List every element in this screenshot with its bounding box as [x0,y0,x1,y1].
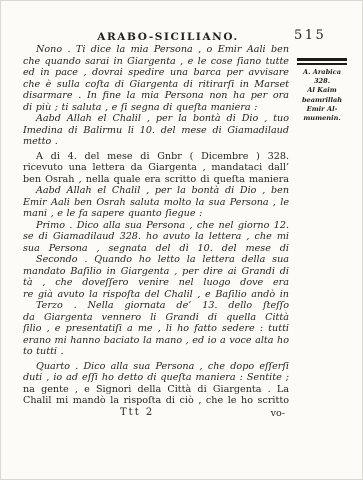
margin-note-line: beamrillah [290,96,354,105]
text-line: Emir Aali ben Osrah saluta molto la sua … [23,197,289,209]
text-line: Secondo . Quando ho letto la lettera del… [23,254,289,266]
paragraph: na gente , e Signori della Città di Giar… [23,384,289,407]
running-title: ARABO-SICILIANO. [59,31,277,43]
page-footer: Ttt 2 vo- [23,407,289,423]
text-line: Nono . Ti dice la mia Persona , o Emir A… [23,44,289,56]
signature-mark: Ttt 2 [120,407,154,418]
text-line: che quando sarai in Giargenta , e le cos… [23,56,289,68]
margin-note-line: Emir Al- [290,105,354,114]
paragraph: Aabd Allah el Chalil , per la bontà di D… [23,185,289,220]
text-line: tà , che doveſſero venire nel luogo dove… [23,277,289,289]
text-line: ben Osrah , nella quale era scritto di q… [23,174,289,186]
text-line: mandato Baſilio in Giargenta , per dire … [23,266,289,278]
catchword: vo- [271,408,285,419]
text-line: sua Persona , segnata del dì 10. del mes… [23,243,289,255]
text-line: erano mi hanno baciato la mano , ed io a… [23,335,289,347]
paragraph: A di 4. del mese di Gnbr ( Dicembre ) 32… [23,151,289,186]
text-line: re già avuto la rispoſta del Chalil , e … [23,289,289,301]
text-line: Primo . Dico alla sua Persona , che nel … [23,220,289,232]
text-line: di più ; ti saluta , e ſi segna di queſt… [23,102,289,114]
text-line: na gente , e Signori della Città di Giar… [23,384,289,396]
paragraph: Secondo . Quando ho letto la lettera del… [23,254,289,300]
text-line: se di Giamadilaud 328. ho avuto la lette… [23,231,289,243]
text-line: to tutti . [23,346,289,358]
margin-note-line: mumenin. [290,114,354,123]
text-line: Aabd Allah el Chalil , per la bontà di D… [23,185,289,197]
paragraph: Terzo . Nella giornata de’ 13. dello ſte… [23,300,289,358]
margin-note-lines: A. Arabica328.Al KaimbeamrillahEmir Al-m… [290,68,354,123]
paragraph: Nono . Ti dice la mia Persona , o Emir A… [23,44,289,113]
page-number: 515 [294,28,326,43]
text-line: mani , e le fa sapere quanto ſiegue : [23,208,289,220]
text-line: ſilio , e presentatiſi a me , li ho fatt… [23,323,289,335]
text-line: Terzo . Nella giornata de’ 13. dello ſte… [23,300,289,312]
text-line: Quarto . Dico alla sua Persona , che dop… [23,361,289,373]
paragraph: Primo . Dico alla sua Persona , che nel … [23,220,289,255]
text-line: metto . [23,136,289,148]
margin-note-line: 328. [290,77,354,86]
margin-note-line: Al Kaim [290,86,354,95]
paragraph: Quarto . Dico alla sua Persona , che dop… [23,361,289,384]
double-rule [297,58,347,65]
text-line: da Giargenta vennero li Grandi di quella… [23,312,289,324]
margin-note: A. Arabica328.Al KaimbeamrillahEmir Al-m… [290,58,354,123]
text-block: Nono . Ti dice la mia Persona , o Emir A… [23,44,289,407]
text-line: Aabd Allah el Chalil , per la bontà di D… [23,113,289,125]
text-line: ricevuto una lettera da Giargenta , mand… [23,162,289,174]
scanned-book-page: ARABO-SICILIANO. 515 A. Arabica328.Al Ka… [0,0,363,480]
text-line: Imedina di Balirmu li 10. del mese di Gi… [23,125,289,137]
paragraph: Aabd Allah el Chalil , per la bontà di D… [23,113,289,148]
margin-note-line: A. Arabica [290,68,354,77]
text-line: che è sulla coſta di Giargenta di ritira… [23,79,289,91]
text-line: Chalil mi mandò la rispoſta di ciò , che… [23,395,289,407]
text-line: ed in pace , dovrai spedire una barca pe… [23,67,289,79]
text-line: duti , io ad eſſi ho detto di queſta man… [23,372,289,384]
text-line: disarmare . In fine la mia Persona non h… [23,90,289,102]
text-line: A di 4. del mese di Gnbr ( Dicembre ) 32… [23,151,289,163]
